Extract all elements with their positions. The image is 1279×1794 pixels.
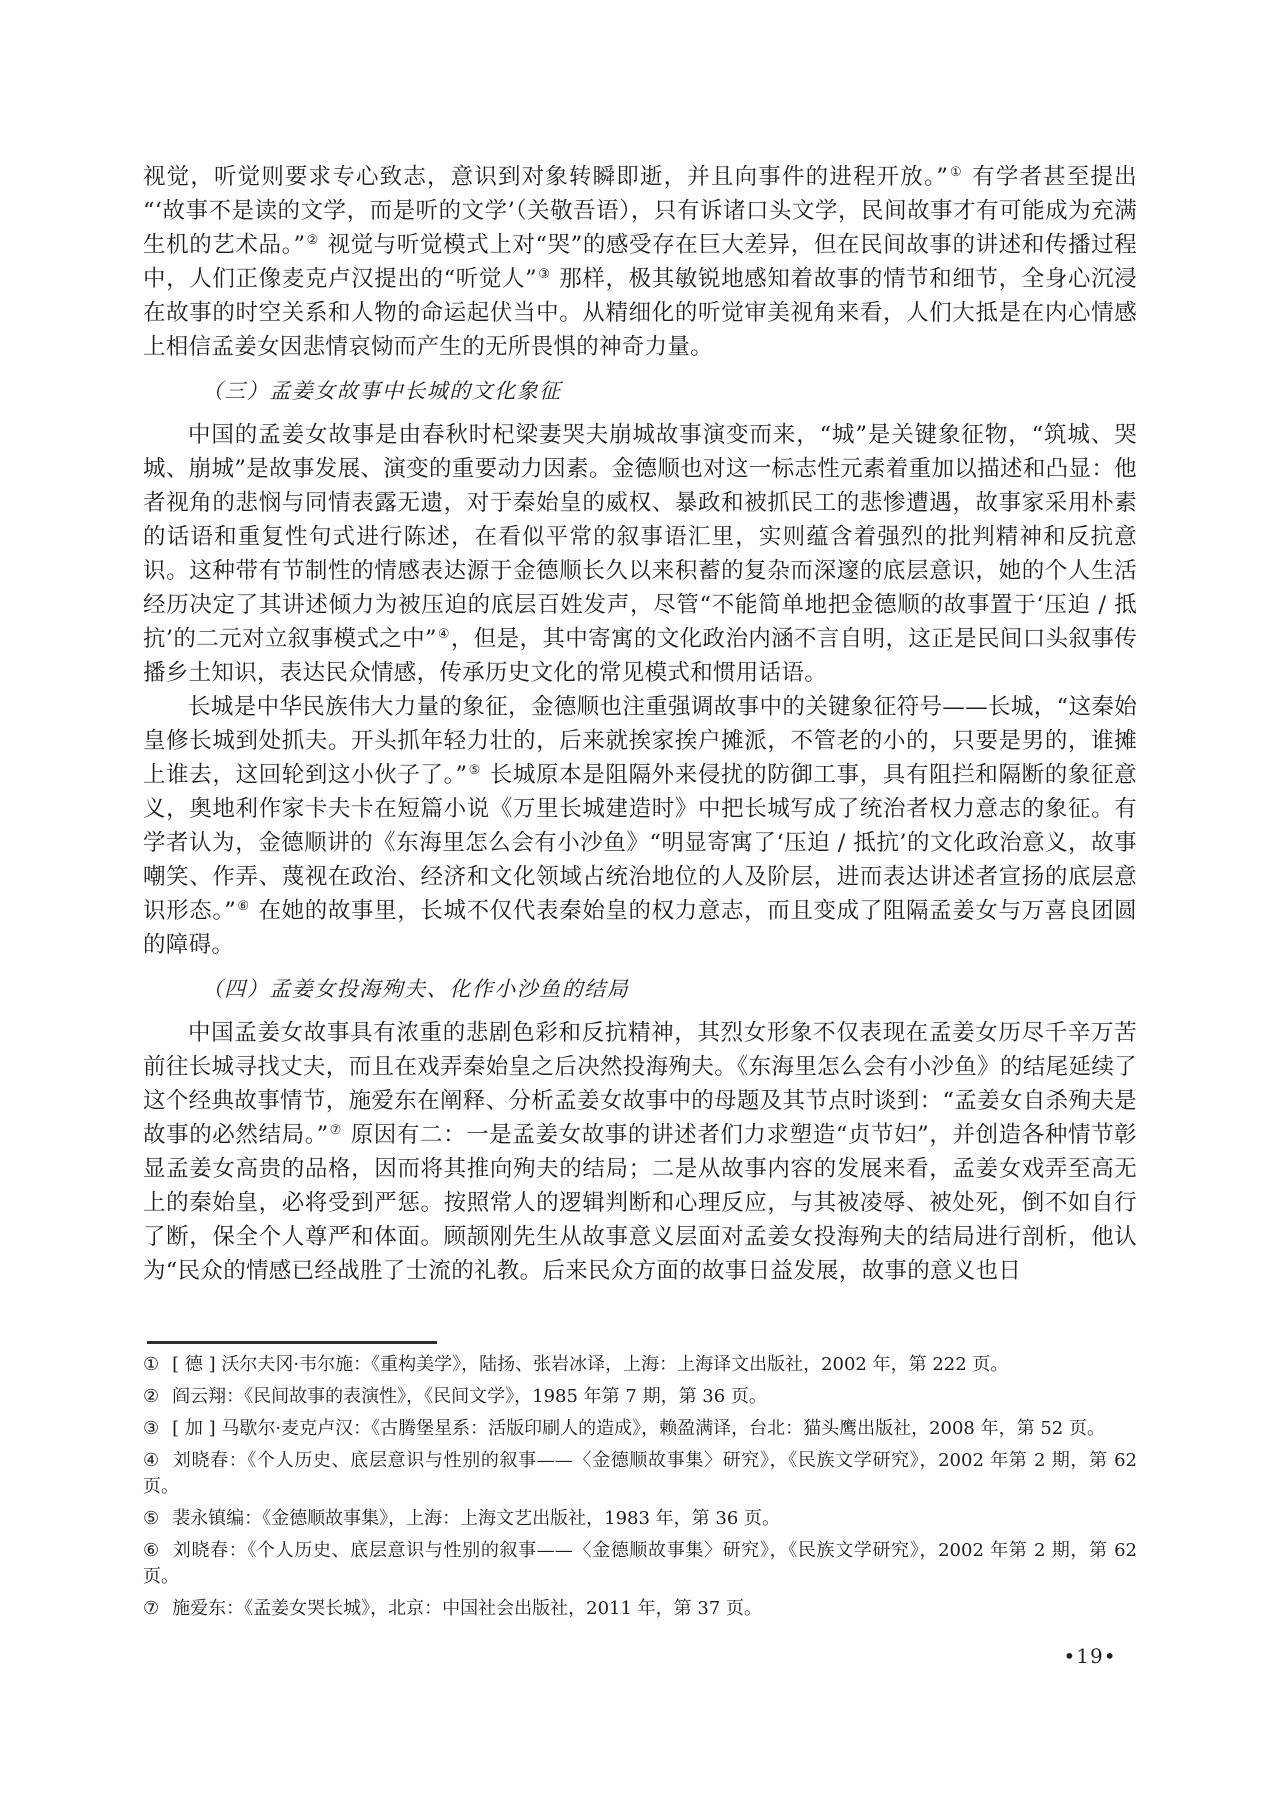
footnote-text: [ 德 ] 沃尔夫冈·韦尔施：《重构美学》，陆扬、张岩冰译，上海：上海译文出版社… [172,1354,1008,1375]
footnote: ④刘晓春：《个人历史、底层意识与性别的叙事——〈金德顺故事集〉研究》，《民族文学… [143,1448,1137,1500]
paragraph: 中国的孟姜女故事是由春秋时杞梁妻哭夫崩城故事演变而来，“城”是关键象征物，“筑城… [143,418,1137,690]
footnote-marker: ⑥ [143,1540,160,1561]
footnote-divider [147,1341,437,1344]
footnote-text: [ 加 ] 马歇尔·麦克卢汉：《古腾堡星系：活版印刷人的造成》，赖盈满译，台北：… [172,1418,1105,1439]
footnote-marker: ② [143,1386,159,1407]
section-heading: （三）孟姜女故事中长城的文化象征 [143,374,1137,408]
footnote: ⑦施爱东：《孟姜女哭长城》，北京：中国社会出版社，2011 年，第 37 页。 [143,1596,1137,1622]
footnote-ref: ② [306,233,319,248]
footnote-marker: ① [143,1354,159,1375]
footnote-text: 施爱东：《孟姜女哭长城》，北京：中国社会出版社，2011 年，第 37 页。 [172,1598,762,1619]
footnote-marker: ③ [143,1418,159,1439]
paragraph: 长城是中华民族伟大力量的象征，金德顺也注重强调故事中的关键象征符号——长城，“这… [143,690,1137,962]
footnote: ⑥刘晓春：《个人历史、底层意识与性别的叙事——〈金德顺故事集〉研究》，《民族文学… [143,1538,1137,1590]
footnote-ref: ⑦ [329,1123,342,1138]
footnote-ref: ① [949,165,963,180]
paragraph: 中国孟姜女故事具有浓重的悲剧色彩和反抗精神，其烈女形象不仅表现在孟姜女历尽千辛万… [143,1016,1137,1288]
article-body: 视觉，听觉则要求专心致志，意识到对象转瞬即逝，并且向事件的进程开放。”① 有学者… [143,160,1137,1288]
section-heading: （四）孟姜女投海殉夫、化作小沙鱼的结局 [143,972,1137,1006]
footnote: ②阎云翔：《民间故事的表演性》，《民间文学》，1985 年第 7 期，第 36 … [143,1384,1137,1410]
footnote-text: 刘晓春：《个人历史、底层意识与性别的叙事——〈金德顺故事集〉研究》，《民族文学研… [143,1540,1137,1587]
footnote-ref: ⑥ [237,899,250,914]
document-page: 视觉，听觉则要求专心致志，意识到对象转瞬即逝，并且向事件的进程开放。”① 有学者… [0,0,1279,1794]
footnotes-section: ①[ 德 ] 沃尔夫冈·韦尔施：《重构美学》，陆扬、张岩冰译，上海：上海译文出版… [143,1352,1137,1628]
paragraph: 视觉，听觉则要求专心致志，意识到对象转瞬即逝，并且向事件的进程开放。”① 有学者… [143,160,1137,364]
footnote: ③[ 加 ] 马歇尔·麦克卢汉：《古腾堡星系：活版印刷人的造成》，赖盈满译，台北… [143,1416,1137,1442]
footnote-text: 裴永镇编：《金德顺故事集》，上海：上海文艺出版社，1983 年，第 36 页。 [172,1508,780,1529]
page-number: •19• [1050,1644,1130,1668]
footnote: ⑤裴永镇编：《金德顺故事集》，上海：上海文艺出版社，1983 年，第 36 页。 [143,1506,1137,1532]
footnote-ref: ④ [438,627,450,642]
footnote: ①[ 德 ] 沃尔夫冈·韦尔施：《重构美学》，陆扬、张岩冰译，上海：上海译文出版… [143,1352,1137,1378]
footnote-ref: ⑤ [468,763,481,778]
footnote-marker: ⑤ [143,1508,159,1529]
footnote-text: 刘晓春：《个人历史、底层意识与性别的叙事——〈金德顺故事集〉研究》，《民族文学研… [143,1450,1137,1497]
footnote-marker: ⑦ [143,1598,159,1619]
footnote-ref: ③ [538,267,551,282]
footnote-text: 阎云翔：《民间故事的表演性》，《民间文学》，1985 年第 7 期，第 36 页… [172,1386,767,1407]
footnote-marker: ④ [143,1450,160,1471]
